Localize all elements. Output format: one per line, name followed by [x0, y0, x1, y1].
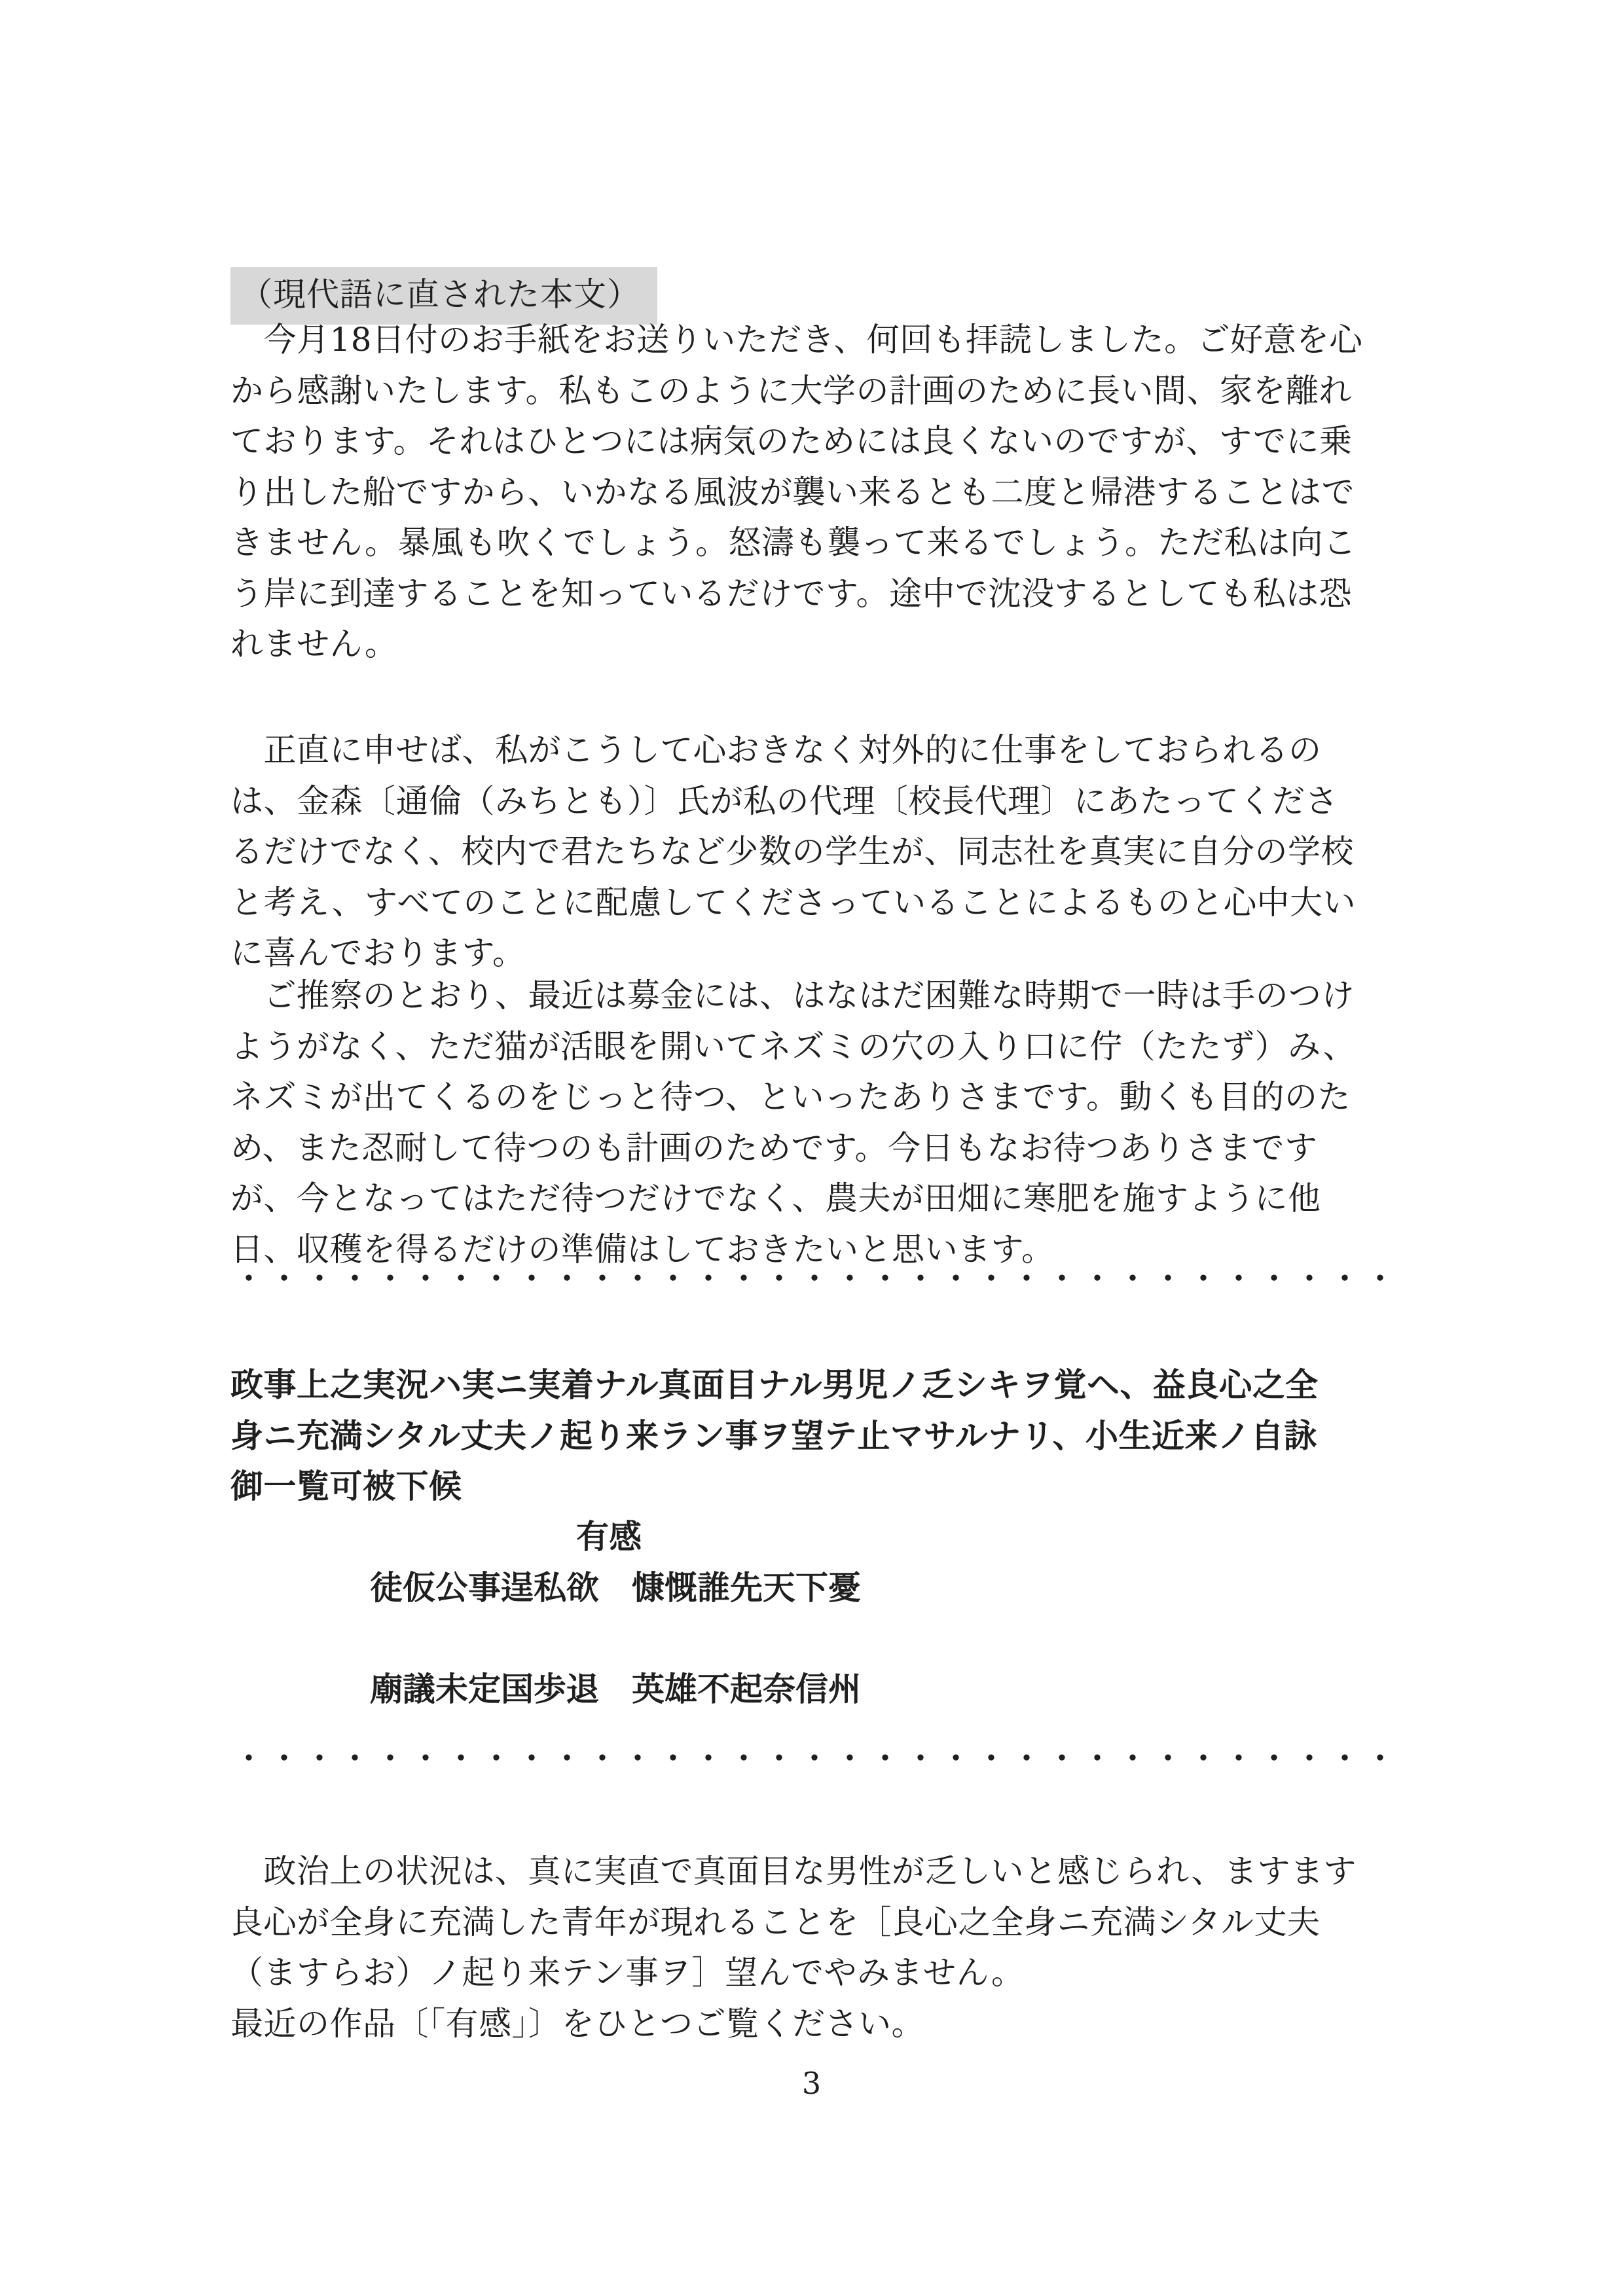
paragraph-fundraising: ご推察のとおり、最近は募金には、はなはだ困難な時期で一時は手のつけ ようがなく、… [230, 971, 1409, 1275]
document-page: （現代語に直された本文） 今月18日付のお手紙をお送りいただき、何回も拝読しまし… [0, 0, 1623, 2296]
poem-title: 有感 [576, 1511, 642, 1562]
paragraph-honest-remarks: 正直に申せば、私がこうして心おきなく対外的に仕事をしておられるの は、金森〔通倫… [230, 725, 1409, 979]
poem-couplet-1: 徒仮公事逞私欲 慷慨誰先天下憂 [370, 1562, 861, 1613]
page-number: 3 [0, 2064, 1623, 2103]
paragraph-letter-opening: 今月18日付のお手紙をお送りいただき、何回も拝読しました。ご好意を心 から感謝い… [230, 315, 1409, 670]
dotted-separator-bottom: ・・・・・・・・・・・・・・・・・・・・・・・・・・・・・・・・・ [232, 1734, 1411, 1785]
poem-couplet-2: 廟議未定国歩退 英雄不起奈信州 [370, 1664, 861, 1715]
paragraph-closing-translation: 政治上の状況は、真に実直で真面目な男性が乏しいと感じられ、ますます 良心が全身に… [230, 1846, 1409, 2049]
dotted-separator-top: ・・・・・・・・・・・・・・・・・・・・・・・・・・・・・・・・・ [232, 1254, 1411, 1305]
kanbun-quotation: 政事上之実況ハ実ニ実着ナル真面目ナル男児ノ乏シキヲ覚ヘ、益良心之全 身ニ充満シタ… [230, 1359, 1409, 1512]
